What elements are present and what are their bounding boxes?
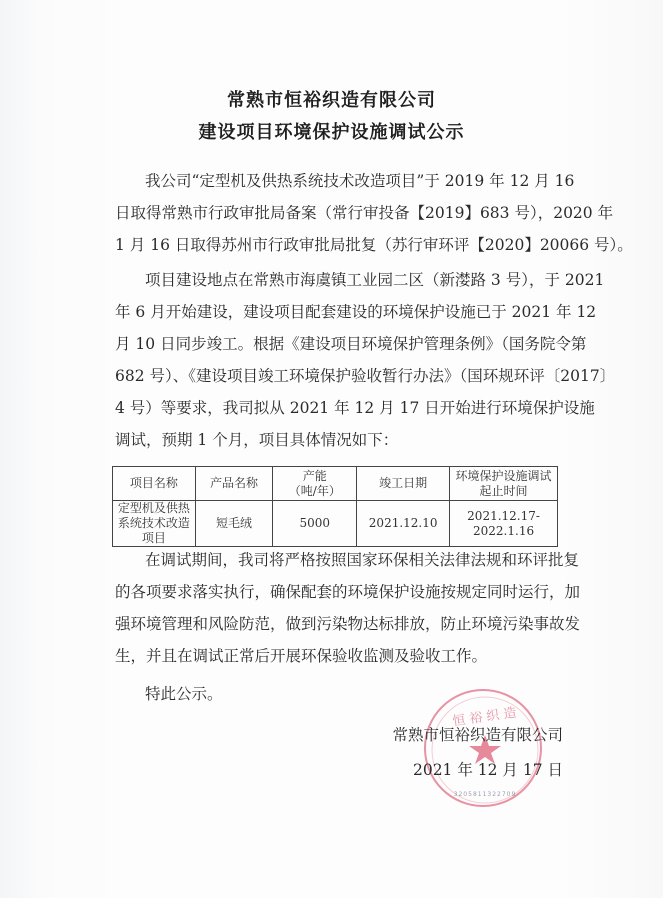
project-info-table: 项目名称 产品名称 产能（吨/年） 竣工日期 环境保护设施调试起止时间 定型机及… (112, 466, 558, 547)
cell-capacity: 5000 (273, 501, 357, 547)
document-company-title: 常熟市恒裕织造有限公司 (0, 86, 663, 112)
cell-product: 短毛绒 (195, 501, 273, 547)
paragraph-1-line-1: 我公司“定型机及供热系统技术改造项目”于 2019 年 12 月 16 (145, 171, 565, 191)
paragraph-3-line-1: 在调试期间，我司将严格按照国家环保相关法律法规和环评批复 (145, 550, 565, 570)
header-capacity: 产能（吨/年） (273, 467, 357, 501)
cell-completion-date: 2021.12.10 (357, 501, 450, 547)
paragraph-2-line-6: 调试，预期 1 个月，项目具体情况如下： (115, 430, 565, 450)
header-project-name: 项目名称 (113, 467, 196, 501)
header-completion-date: 竣工日期 (357, 467, 450, 501)
paragraph-3-line-4: 生，并且在调试正常后开展环保验收监测及验收工作。 (115, 646, 565, 666)
paragraph-3-line-2: 的各项要求落实执行，确保配套的环境保护设施按规定同时运行，加 (115, 582, 565, 602)
paragraph-2-line-4: 682 号）、《建设项目竣工环境保护验收暂行办法》（国环规环评〔2017〕 (115, 366, 565, 386)
document-title: 建设项目环境保护设施调试公示 (0, 118, 663, 144)
paragraph-1-line-2: 日取得常熟市行政审批局备案（常行审投备【2019】683 号），2020 年 (115, 203, 565, 223)
cell-commissioning-period: 2021.12.17-2022.1.16 (450, 501, 558, 547)
paragraph-2-line-5: 4 号）等要求，我司拟从 2021 年 12 月 17 日开始进行环境保护设施 (115, 398, 565, 418)
paragraph-3-line-3: 强环境管理和风险防范，做到污染物达标排放，防止环境污染事故发 (115, 614, 565, 634)
cell-project-name: 定型机及供热系统技术改造项目 (113, 501, 196, 547)
paragraph-1-line-3: 1 月 16 日取得苏州市行政审批局批复（苏行审环评【2020】20066 号）… (115, 235, 565, 255)
company-seal-stamp: 恒 裕 织 造 3205811322709 (424, 689, 542, 807)
table-header-row: 项目名称 产品名称 产能（吨/年） 竣工日期 环境保护设施调试起止时间 (113, 467, 558, 501)
header-product-name: 产品名称 (195, 467, 273, 501)
seal-star-icon: 恒 裕 织 造 3205811322709 (426, 691, 544, 809)
signature-company: 常熟市恒裕织造有限公司 (392, 723, 563, 745)
paragraph-2-line-3: 月 10 日同步竣工。根据《建设项目环境保护管理条例》（国务院令第 (115, 334, 565, 354)
table-row: 定型机及供热系统技术改造项目 短毛绒 5000 2021.12.10 2021.… (113, 501, 558, 547)
paragraph-2-line-2: 年 6 月开始建设，建设项目配套建设的环境保护设施已于 2021 年 12 (115, 302, 565, 322)
paragraph-2-line-1: 项目建设地点在常熟市海虞镇工业园二区（新漤路 3 号），于 2021 (145, 270, 565, 290)
signature-date: 2021 年 12 月 17 日 (413, 758, 563, 780)
header-commissioning-period: 环境保护设施调试起止时间 (450, 467, 558, 501)
svg-text:3205811322709: 3205811322709 (454, 791, 517, 798)
